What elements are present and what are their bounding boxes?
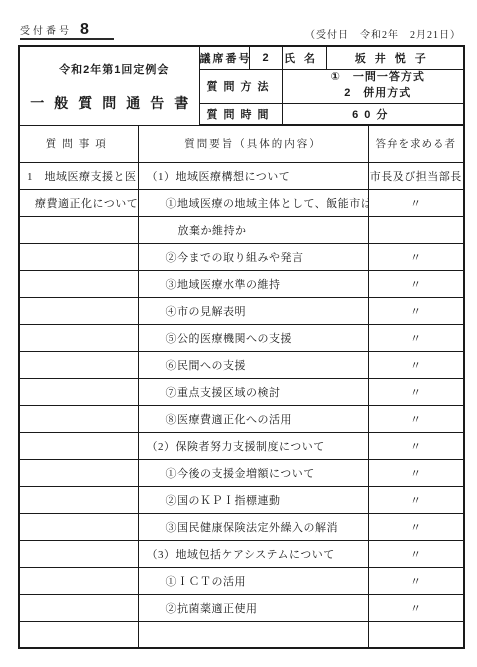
question-item-cell [19, 378, 138, 405]
question-method-label: 質問方法 [199, 69, 282, 103]
session-title: 令和2年第1回定例会 [30, 61, 199, 77]
answerer-cell: 〃 [368, 351, 464, 378]
answerer-cell: 〃 [368, 378, 464, 405]
question-method-value: ① 一問一答方式 2 併用方式 [282, 69, 464, 103]
question-summary-cell: ②抗菌薬適正使用 [138, 594, 368, 621]
question-item-cell [19, 270, 138, 297]
table-row: （2）保険者努力支援制度について〃 [19, 432, 464, 459]
question-item-cell [19, 567, 138, 594]
receipt-number: 受付番号 8 [20, 22, 114, 40]
method-option-combined: 2 併用方式 [293, 86, 464, 102]
form-title: 一般質問通告書 [30, 93, 199, 113]
question-item-cell: 療費適正化について [19, 189, 138, 216]
answerer-cell: 〃 [368, 324, 464, 351]
question-summary-cell: ③地域医療水準の維持 [138, 270, 368, 297]
question-item-cell [19, 432, 138, 459]
seat-number-value: 2 [249, 46, 282, 69]
question-summary-cell: ⑦重点支援区域の検討 [138, 378, 368, 405]
answerer-cell: 〃 [368, 270, 464, 297]
table-row: ②今までの取り組みや発言〃 [19, 243, 464, 270]
question-summary-cell: （3）地域包括ケアシステムについて [138, 540, 368, 567]
question-item-cell [19, 459, 138, 486]
table-row: ⑤公的医療機関への支援〃 [19, 324, 464, 351]
receipt-date: （受付日 令和2年 2月21日） [305, 26, 461, 41]
answerer-cell: 〃 [368, 405, 464, 432]
question-item-cell [19, 540, 138, 567]
question-summary-cell [138, 621, 368, 648]
column-header-question-item: 質問事項 [19, 125, 138, 162]
question-summary-cell: ③国民健康保険法定外繰入の解消 [138, 513, 368, 540]
table-column-header-row: 質問事項 質問要旨（具体的内容） 答弁を求める者 [19, 125, 464, 162]
question-item-cell: 1 地域医療支援と医 [19, 162, 138, 189]
answerer-cell: 〃 [368, 513, 464, 540]
question-item-cell [19, 324, 138, 351]
question-summary-cell: 放棄か維持か [138, 216, 368, 243]
table-row: ⑧医療費適正化への活用〃 [19, 405, 464, 432]
question-time-label: 質問時間 [199, 103, 282, 125]
answerer-cell: 市長及び担当部長 [368, 162, 464, 189]
method-option-one-question-one-answer: ① 一問一答方式 [293, 70, 464, 86]
question-summary-cell: （2）保険者努力支援制度について [138, 432, 368, 459]
question-item-cell [19, 405, 138, 432]
table-row: ③国民健康保険法定外繰入の解消〃 [19, 513, 464, 540]
table-row: ⑦重点支援区域の検討〃 [19, 378, 464, 405]
question-item-cell [19, 594, 138, 621]
form-title-cell: 令和2年第1回定例会 一般質問通告書 [19, 46, 199, 125]
question-summary-cell: ①ＩＣＴの活用 [138, 567, 368, 594]
question-summary-cell: （1）地域医療構想について [138, 162, 368, 189]
question-time-value: 60分 [282, 103, 464, 125]
table-row: ①今後の支援金増額について〃 [19, 459, 464, 486]
answerer-cell: 〃 [368, 567, 464, 594]
question-item-cell [19, 243, 138, 270]
question-item-cell [19, 351, 138, 378]
table-row: ⑥民間への支援〃 [19, 351, 464, 378]
table-row: ②抗菌薬適正使用〃 [19, 594, 464, 621]
table-row: 1 地域医療支援と医（1）地域医療構想について市長及び担当部長 [19, 162, 464, 189]
general-question-notice-form: 令和2年第1回定例会 一般質問通告書 議席番号 2 氏名 坂井悦子 質問方法 ①… [18, 45, 465, 649]
header-row-name: 令和2年第1回定例会 一般質問通告書 議席番号 2 氏名 坂井悦子 [19, 46, 464, 69]
answerer-cell [368, 216, 464, 243]
column-header-question-summary: 質問要旨（具体的内容） [138, 125, 368, 162]
table-row: （3）地域包括ケアシステムについて〃 [19, 540, 464, 567]
question-item-cell [19, 297, 138, 324]
table-row: ③地域医療水準の維持〃 [19, 270, 464, 297]
question-summary-cell: ⑧医療費適正化への活用 [138, 405, 368, 432]
question-summary-cell: ②今までの取り組みや発言 [138, 243, 368, 270]
answerer-cell: 〃 [368, 459, 464, 486]
question-summary-cell: ④市の見解表明 [138, 297, 368, 324]
table-row: ④市の見解表明〃 [19, 297, 464, 324]
question-item-cell [19, 513, 138, 540]
answerer-cell: 〃 [368, 486, 464, 513]
name-value: 坂井悦子 [326, 46, 464, 69]
form-header-block: 令和2年第1回定例会 一般質問通告書 議席番号 2 氏名 坂井悦子 質問方法 ①… [19, 46, 464, 162]
table-row: 療費適正化について①地域医療の地域主体として、飯能市は〃 [19, 189, 464, 216]
table-row: ②国のＫＰＩ指標連動〃 [19, 486, 464, 513]
table-row [19, 621, 464, 648]
receipt-number-label: 受付番号 [20, 22, 72, 37]
answerer-cell: 〃 [368, 189, 464, 216]
table-row: 放棄か維持か [19, 216, 464, 243]
question-item-cell [19, 216, 138, 243]
answerer-cell: 〃 [368, 432, 464, 459]
answerer-cell [368, 621, 464, 648]
column-header-answerer: 答弁を求める者 [368, 125, 464, 162]
question-summary-cell: ⑥民間への支援 [138, 351, 368, 378]
table-row: ①ＩＣＴの活用〃 [19, 567, 464, 594]
question-rows: 1 地域医療支援と医（1）地域医療構想について市長及び担当部長療費適正化について… [19, 162, 464, 648]
receipt-number-value: 8 [80, 23, 89, 37]
name-label: 氏名 [282, 46, 326, 69]
question-item-cell [19, 486, 138, 513]
question-summary-cell: ②国のＫＰＩ指標連動 [138, 486, 368, 513]
answerer-cell: 〃 [368, 540, 464, 567]
question-summary-cell: ①今後の支援金増額について [138, 459, 368, 486]
question-item-cell [19, 621, 138, 648]
seat-number-label: 議席番号 [199, 46, 249, 69]
answerer-cell: 〃 [368, 297, 464, 324]
answerer-cell: 〃 [368, 243, 464, 270]
question-summary-cell: ①地域医療の地域主体として、飯能市は [138, 189, 368, 216]
answerer-cell: 〃 [368, 594, 464, 621]
question-summary-cell: ⑤公的医療機関への支援 [138, 324, 368, 351]
